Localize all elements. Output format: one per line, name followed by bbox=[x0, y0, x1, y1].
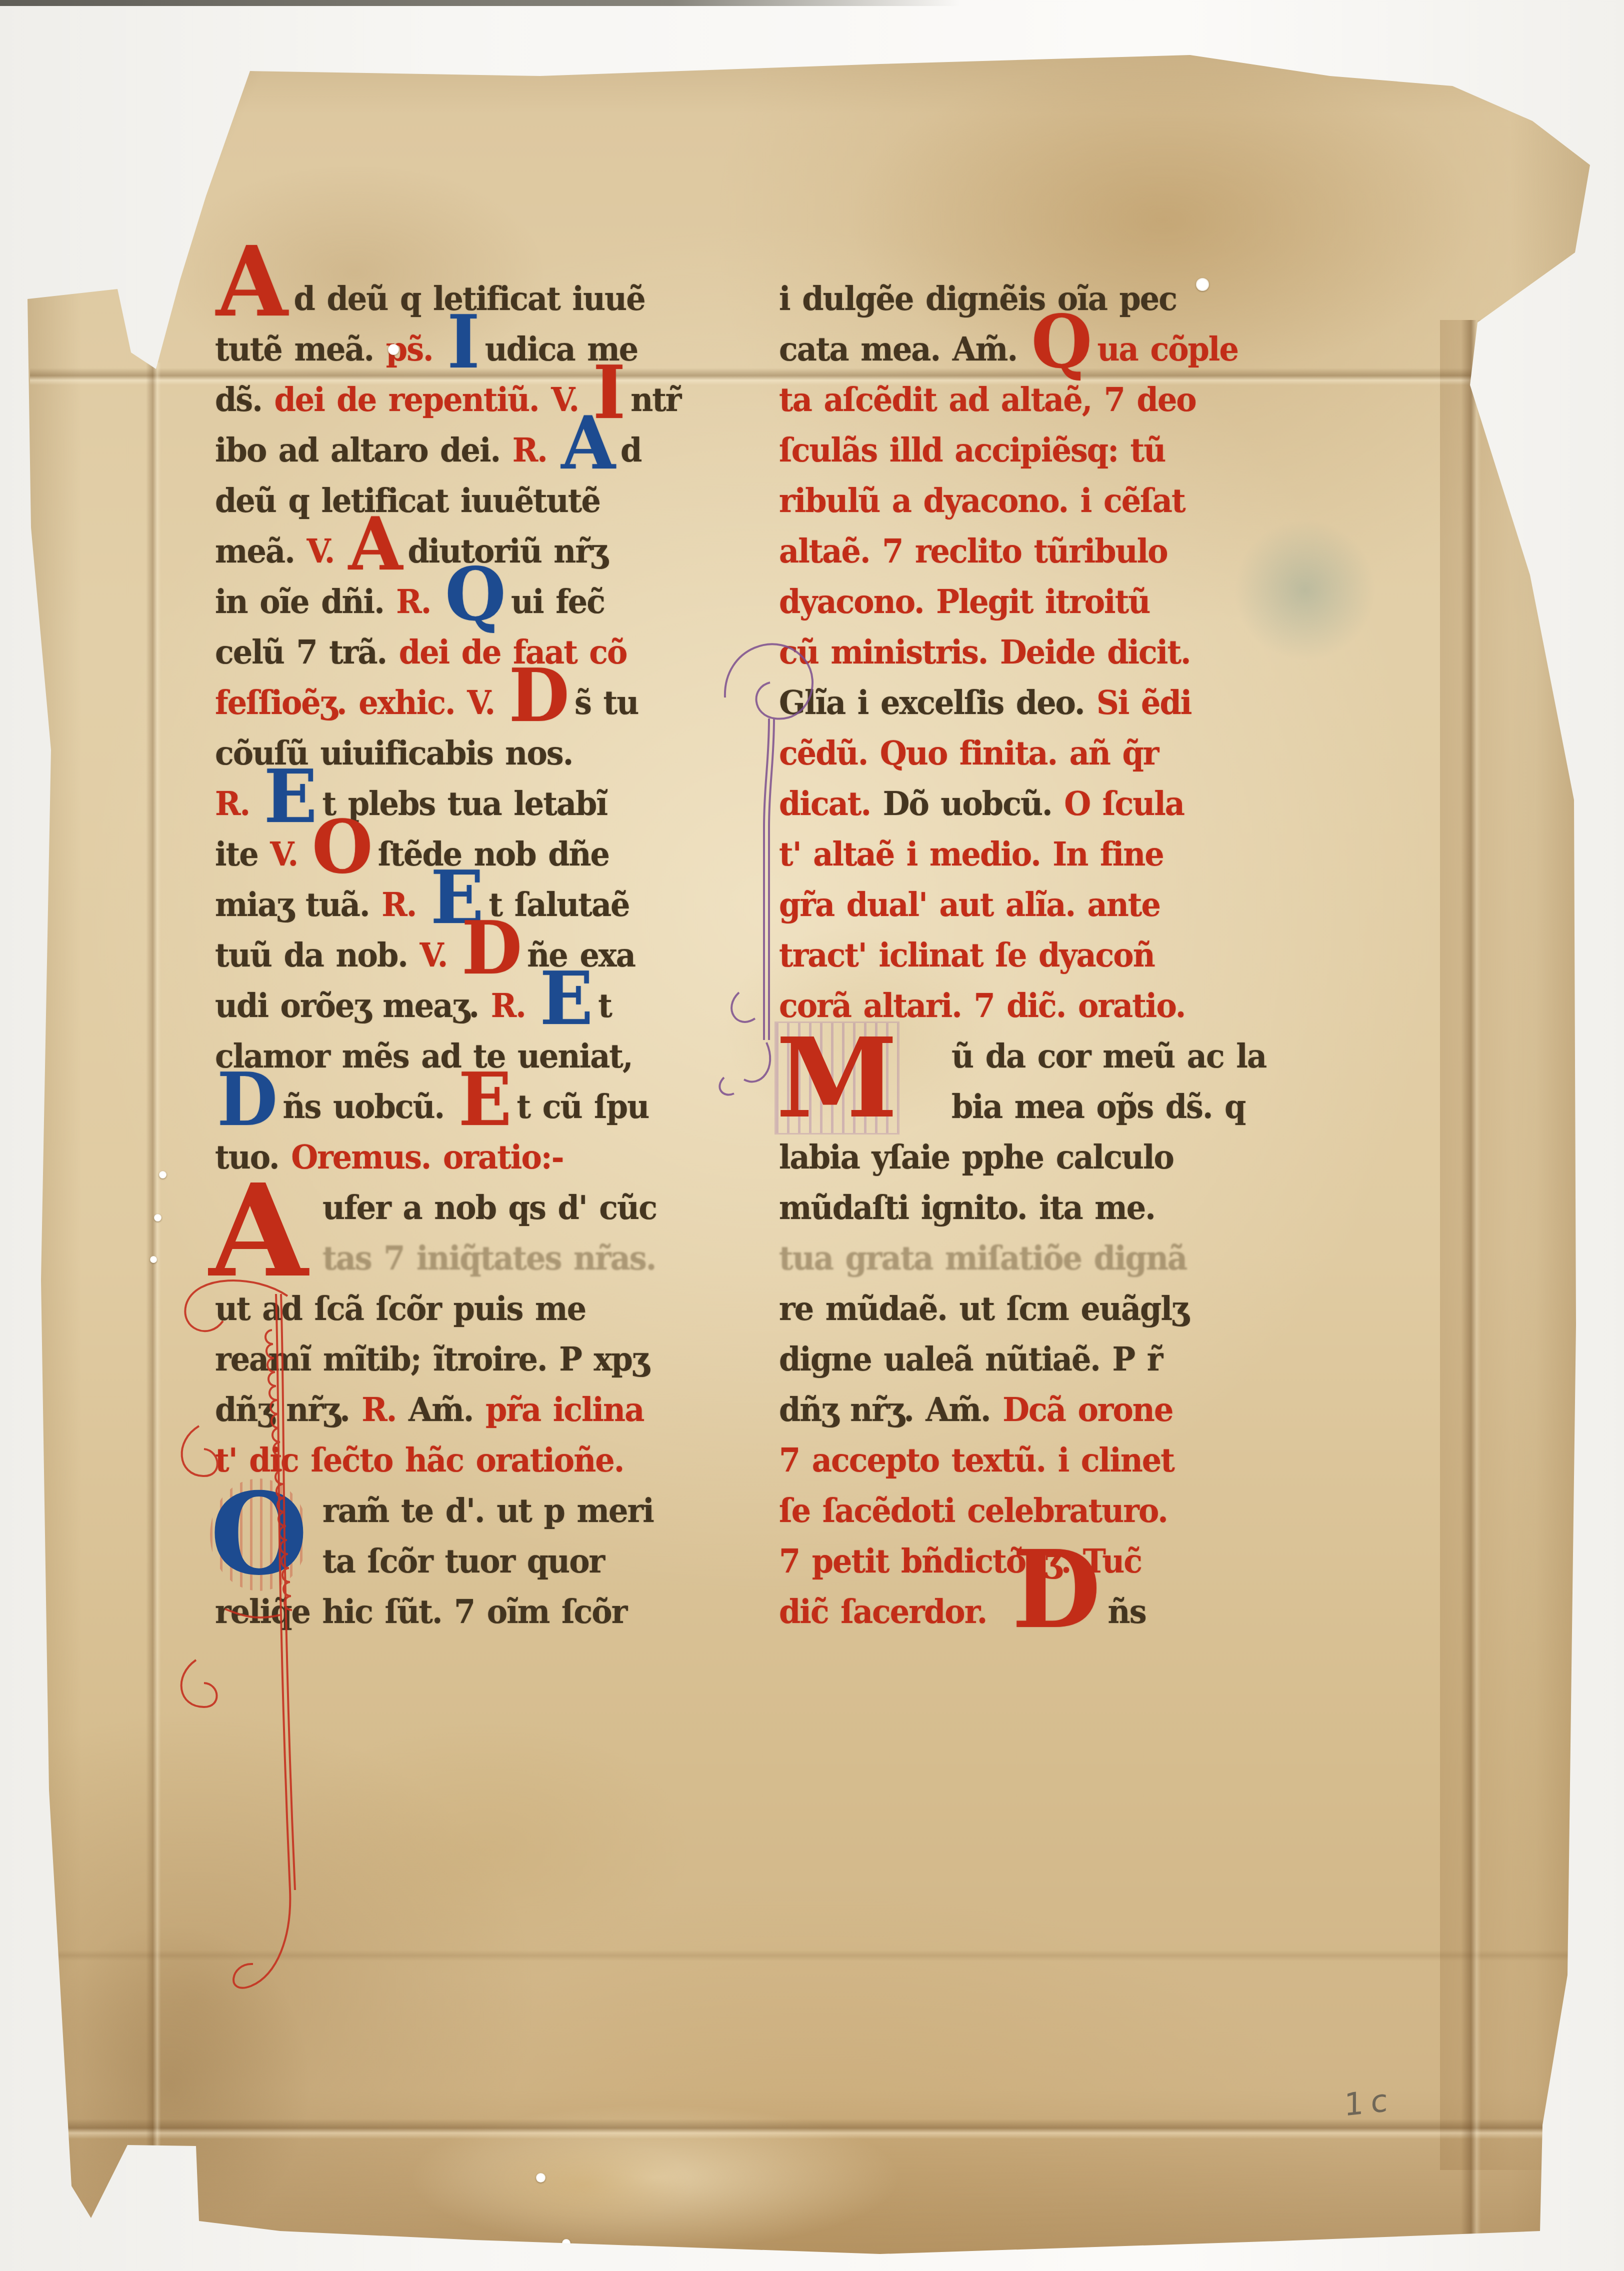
text-segment: bia mea op̃s ds̃. q bbox=[951, 1088, 1245, 1126]
text-line: dñʒ nr̃ʒ. Am̃. Dcã orone bbox=[779, 1383, 1316, 1436]
text-line: cẽdũ. Quo finita. añ q̃r bbox=[779, 727, 1316, 779]
text-segment: Dõ uobcũ. bbox=[883, 785, 1064, 823]
text-segment: ua cõple bbox=[1097, 330, 1238, 368]
text-line: Dñs uobcũ. Et cũ ſpu bbox=[215, 1080, 737, 1133]
fold-crease bbox=[40, 1950, 1570, 1961]
text-segment: Q bbox=[445, 552, 506, 638]
text-segment: ſe ſacẽdoti celebraturo. bbox=[779, 1492, 1167, 1530]
text-segment: ñs uobcũ. bbox=[282, 1088, 456, 1126]
text-line: celũ 7 trã. dei de faat cõ bbox=[215, 626, 737, 678]
text-segment: R. bbox=[491, 987, 538, 1025]
text-segment: I bbox=[447, 300, 480, 385]
text-segment: tua grata miſatiõe dignã bbox=[779, 1239, 1186, 1277]
text-segment: V. bbox=[419, 936, 459, 974]
drop-cap-initial: M bbox=[776, 1023, 898, 1133]
text-segment: Si ẽdi bbox=[1096, 684, 1191, 722]
text-segment: R. bbox=[512, 431, 559, 469]
text-segment: cẽdũ. Quo finita. añ q̃r bbox=[779, 734, 1158, 772]
fold-crease bbox=[45, 2119, 1550, 2139]
text-line: ibo ad altaro dei. R. Ad bbox=[215, 424, 737, 476]
stitch-hole bbox=[159, 1171, 166, 1178]
text-segment: A bbox=[216, 225, 288, 338]
text-line: digne ualeã nũtiaẽ. P r̃ bbox=[779, 1333, 1316, 1385]
text-line: ſculãs illd accipiẽsq: tũ bbox=[779, 424, 1316, 476]
text-segment: E bbox=[264, 754, 317, 840]
text-segment: ſtẽde nob dñe bbox=[378, 835, 609, 873]
scanner-edge-shadow bbox=[0, 0, 960, 6]
text-segment: dñʒ nr̃ʒ. bbox=[215, 1391, 361, 1429]
text-segment: tract' iclinat ſe dyacoñ bbox=[779, 936, 1154, 974]
text-segment: reamĩ mĩtib; ĩtroire. P xpʒ bbox=[215, 1340, 648, 1378]
text-line: ribulũ a dyacono. i cẽſat bbox=[779, 474, 1316, 527]
text-segment: tas 7 iniq̃tates nr̃as. bbox=[322, 1239, 655, 1277]
text-segment: i dulgẽe dignẽis oĩa pec bbox=[779, 280, 1176, 318]
worm-hole bbox=[388, 344, 399, 355]
text-segment: t' altaẽ i medio. In fine bbox=[779, 835, 1163, 873]
stitch-hole bbox=[154, 1214, 161, 1221]
text-segment: deũ q letificat iuuẽtutẽ bbox=[215, 482, 600, 520]
text-column-right: i dulgẽe dignẽis oĩa peccata mea. Am̃. Q… bbox=[779, 272, 1316, 1636]
text-segment: ribulũ a dyacono. i cẽſat bbox=[779, 482, 1185, 520]
text-segment: t bbox=[598, 987, 611, 1025]
text-line: mũdaſti ignito. ita me. bbox=[779, 1181, 1316, 1234]
fold-crease bbox=[146, 362, 161, 2147]
text-segment: E bbox=[458, 1057, 512, 1143]
drop-cap-initial: A bbox=[209, 1167, 308, 1295]
text-segment: mũdaſti ignito. ita me. bbox=[779, 1189, 1155, 1227]
text-segment: R. bbox=[361, 1391, 408, 1429]
text-segment: cũ ministris. Deide dicit. bbox=[779, 633, 1190, 671]
text-line: altaẽ. 7 reclito tũribulo bbox=[779, 525, 1316, 577]
text-segment: in oĩe dñi. bbox=[215, 583, 396, 621]
text-line: gr̃a dual' aut alĩa. ante bbox=[779, 878, 1316, 931]
text-line: Glĩa i excelſis deo. Si ẽdi bbox=[779, 676, 1316, 729]
text-segment: cata mea. Am̃. bbox=[779, 330, 1029, 368]
text-segment: O bbox=[312, 805, 373, 890]
text-line: ds̃. dei de repentiũ. V. Intr̃ bbox=[215, 373, 737, 426]
text-segment: A bbox=[561, 401, 615, 486]
text-segment: ſculãs illd accipiẽsq: tũ bbox=[779, 431, 1165, 469]
text-segment: dñʒ nr̃ʒ. Am̃. bbox=[779, 1391, 1002, 1429]
text-segment: meã. bbox=[215, 532, 306, 570]
text-segment: V. bbox=[270, 835, 309, 873]
text-line: tua grata miſatiõe dignã bbox=[779, 1232, 1316, 1284]
text-line: 7 accepto textũ. i clinet bbox=[779, 1434, 1316, 1486]
text-segment: ufer a nob qs d' cũc bbox=[322, 1189, 656, 1227]
text-segment: A bbox=[348, 502, 403, 587]
text-segment: V. bbox=[306, 532, 346, 570]
text-line: ta aſcẽdit ad altaẽ, 7 deo bbox=[779, 373, 1316, 426]
stain bbox=[1440, 320, 1600, 2170]
text-line: dñʒ nr̃ʒ. R. Am̃. pr̃a iclina bbox=[215, 1383, 737, 1436]
text-segment: Oremus. oratio:- bbox=[291, 1138, 563, 1176]
text-segment: feſſioẽʒ. exhic. V. bbox=[215, 684, 507, 722]
text-segment: ta aſcẽdit ad altaẽ, 7 deo bbox=[779, 381, 1196, 419]
stitch-hole bbox=[562, 2239, 570, 2247]
text-line: tuũ da nob. V. Dñe exa bbox=[215, 929, 737, 981]
text-segment: s̃ tu bbox=[574, 684, 638, 722]
text-segment: Am̃. bbox=[408, 1391, 485, 1429]
text-segment: R. bbox=[215, 785, 262, 823]
text-segment: dei de repentiũ. V. bbox=[274, 381, 590, 419]
scanned-manuscript-page: Ad deũ q letificat iuuẽtutẽ meã. ps̃. Iu… bbox=[0, 0, 1624, 2271]
text-line: R. Et plebs tua letabĩ bbox=[215, 777, 737, 830]
text-line: dic̃ ſacerdor. Dñs bbox=[779, 1585, 1316, 1638]
text-segment: udi orõeʒ meaʒ. bbox=[215, 987, 491, 1025]
text-line: tutẽ meã. ps̃. Iudica me bbox=[215, 323, 737, 375]
text-segment: altaẽ. 7 reclito tũribulo bbox=[779, 532, 1167, 570]
text-line: in oĩe dñi. R. Qui fec̃ bbox=[215, 575, 737, 628]
text-segment: gr̃a dual' aut alĩa. ante bbox=[779, 886, 1160, 924]
text-line: cũ ministris. Deide dicit. bbox=[779, 626, 1316, 678]
text-segment: dyacono. Plegit itroitũ bbox=[779, 583, 1149, 621]
stitch-hole bbox=[150, 1256, 157, 1263]
worm-hole bbox=[1196, 278, 1209, 291]
stitch-hole bbox=[536, 2173, 545, 2182]
text-segment: E bbox=[539, 956, 593, 1042]
text-segment: re mũdaẽ. ut ſcm euãglʒ bbox=[779, 1290, 1188, 1328]
text-line: t' altaẽ i medio. In fine bbox=[779, 828, 1316, 880]
text-segment: tutẽ meã. bbox=[215, 330, 386, 368]
text-column-left: Ad deũ q letificat iuuẽtutẽ meã. ps̃. Iu… bbox=[215, 272, 737, 1636]
text-segment: D bbox=[461, 906, 522, 991]
text-segment: R. bbox=[396, 583, 443, 621]
text-segment: R. bbox=[381, 886, 428, 924]
text-line: tract' iclinat ſe dyacoñ bbox=[779, 929, 1316, 981]
stain bbox=[30, 1925, 310, 2245]
text-segment: 7 accepto textũ. i clinet bbox=[779, 1441, 1174, 1479]
text-segment: digne ualeã nũtiaẽ. P r̃ bbox=[779, 1340, 1162, 1378]
stain bbox=[280, 1720, 690, 1980]
fold-crease bbox=[1461, 320, 1481, 2235]
text-segment: Dcã orone bbox=[1002, 1391, 1172, 1429]
text-line: reamĩ mĩtib; ĩtroire. P xpʒ bbox=[215, 1333, 737, 1385]
text-segment: D bbox=[1012, 1528, 1101, 1653]
text-line: cata mea. Am̃. Qua cõple bbox=[779, 323, 1316, 375]
text-segment: labia yſaie pphe calculo bbox=[779, 1138, 1173, 1176]
text-segment: d bbox=[620, 431, 641, 469]
text-segment: diutoriũ nr̃ʒ bbox=[407, 532, 607, 570]
text-segment: ram̃ te d'. ut p meri bbox=[322, 1492, 653, 1530]
text-segment: pr̃a iclina bbox=[485, 1391, 643, 1429]
text-line: dyacono. Plegit itroitũ bbox=[779, 575, 1316, 628]
stain bbox=[475, 2140, 690, 2230]
drop-cap-initial: O bbox=[210, 1478, 308, 1591]
text-segment: O ſcula bbox=[1064, 785, 1184, 823]
text-segment: clamor mẽs ad te ueniat, bbox=[215, 1037, 632, 1075]
text-segment: dicat. bbox=[779, 785, 883, 823]
text-line: re mũdaẽ. ut ſcm euãglʒ bbox=[779, 1282, 1316, 1335]
text-segment: Q bbox=[1031, 300, 1092, 385]
text-segment: ite bbox=[215, 835, 270, 873]
text-segment: ta ſcõr tuor quor bbox=[322, 1542, 604, 1580]
text-segment: dic̃ ſacerdor. bbox=[779, 1593, 999, 1631]
pencil-folio-mark: 1c bbox=[1344, 2081, 1394, 2123]
text-segment: Glĩa i excelſis deo. bbox=[779, 684, 1096, 722]
text-segment: ibo ad altaro dei. bbox=[215, 431, 512, 469]
stain bbox=[410, 2105, 900, 2250]
text-segment: ds̃. bbox=[215, 381, 274, 419]
text-segment: t cũ ſpu bbox=[516, 1088, 648, 1126]
text-segment: ũ da cor meũ ac la bbox=[951, 1037, 1266, 1075]
text-segment: ntr̃ bbox=[630, 381, 680, 419]
text-segment: ñs bbox=[1108, 1593, 1146, 1631]
parchment-leaf: Ad deũ q letificat iuuẽtutẽ meã. ps̃. Iu… bbox=[0, 0, 1624, 2271]
text-segment: celũ 7 trã. bbox=[215, 633, 399, 671]
text-segment: miaʒ tuã. bbox=[215, 886, 381, 924]
text-line: dicat. Dõ uobcũ. O ſcula bbox=[779, 777, 1316, 830]
text-segment: D bbox=[217, 1057, 277, 1143]
text-line: udi orõeʒ meaʒ. R. Et bbox=[215, 979, 737, 1032]
text-segment: tuũ da nob. bbox=[215, 936, 419, 974]
text-line: feſſioẽʒ. exhic. V. Ds̃ tu bbox=[215, 676, 737, 729]
text-segment: ui fec̃ bbox=[511, 583, 604, 621]
text-line: deũ q letificat iuuẽtutẽ bbox=[215, 474, 737, 527]
text-segment: D bbox=[509, 653, 569, 739]
